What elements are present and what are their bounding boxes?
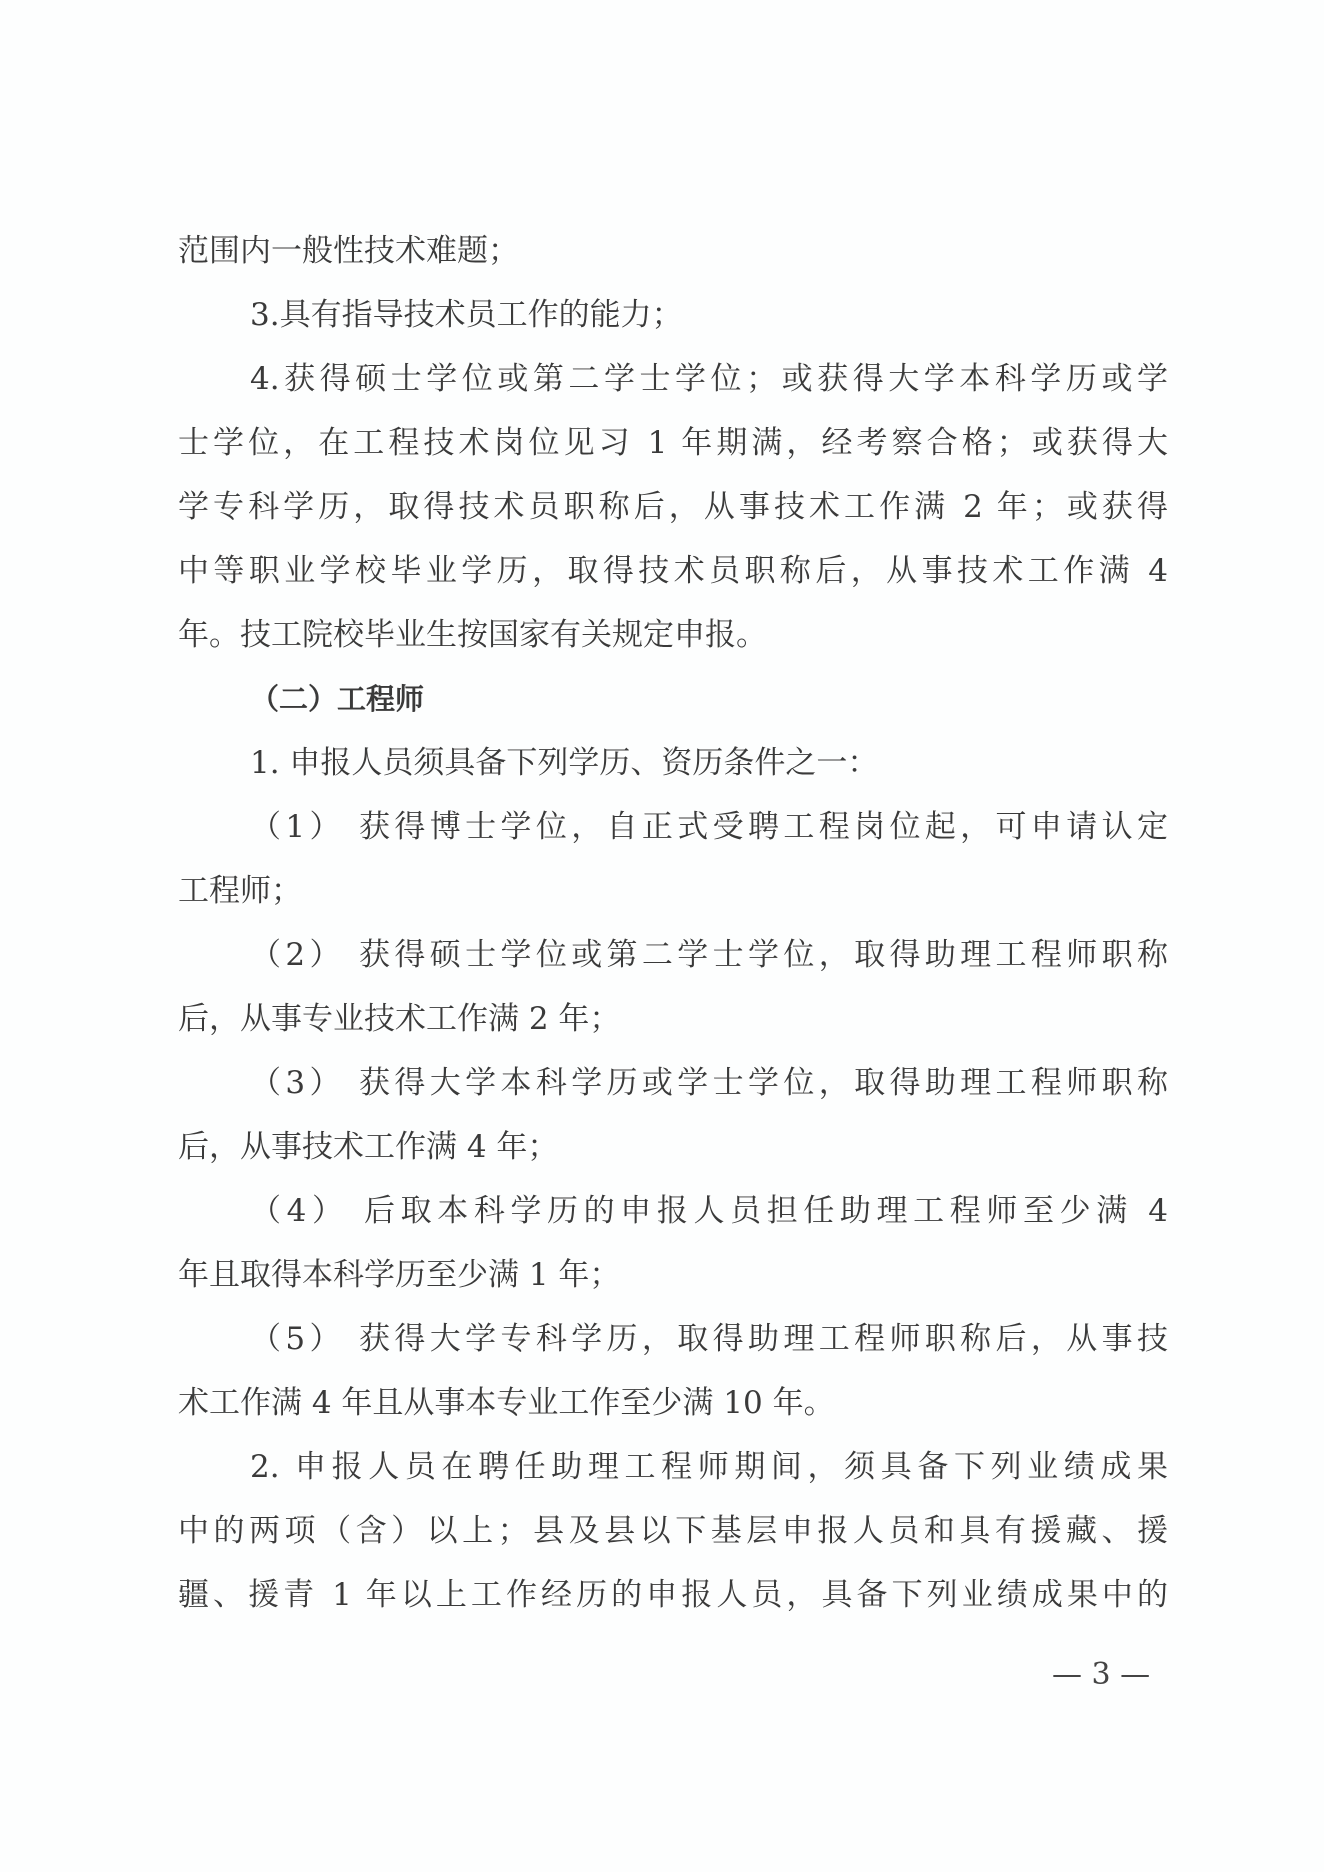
condition-4: （4） 后取本科学历的申报人员担任助理工程师至少满 4 bbox=[250, 1189, 1168, 1233]
list-item-4: 4.获得硕士学位或第二学士学位；或获得大学本科学历或学 bbox=[250, 357, 1168, 401]
document-page: 范围内一般性技术难题； 3.具有指导技术员工作的能力； 4.获得硕士学位或第二学… bbox=[0, 0, 1324, 1872]
condition-3: （3） 获得大学本科学历或学士学位，取得助理工程师职称 bbox=[250, 1061, 1168, 1105]
text-line: 后，从事技术工作满 4 年； bbox=[178, 1125, 1168, 1169]
text-line: 工程师； bbox=[178, 869, 1168, 913]
page-number: — 3 — bbox=[1052, 1655, 1150, 1695]
requirement-1: 1. 申报人员须具备下列学历、资历条件之一： bbox=[250, 741, 1168, 785]
list-item-3: 3.具有指导技术员工作的能力； bbox=[250, 293, 1168, 337]
text-line: 术工作满 4 年且从事本专业工作至少满 10 年。 bbox=[178, 1381, 1168, 1425]
text-line: 中的两项（含）以上；县及县以下基层申报人员和具有援藏、援 bbox=[178, 1509, 1168, 1553]
text-line: 中等职业学校毕业学历，取得技术员职称后，从事技术工作满 4 bbox=[178, 549, 1168, 593]
section-heading-engineer: （二）工程师 bbox=[250, 677, 1168, 721]
text-line: 后，从事专业技术工作满 2 年； bbox=[178, 997, 1168, 1041]
text-line: 士学位，在工程技术岗位见习 1 年期满，经考察合格；或获得大 bbox=[178, 421, 1168, 465]
condition-2: （2） 获得硕士学位或第二学士学位，取得助理工程师职称 bbox=[250, 933, 1168, 977]
requirement-2: 2. 申报人员在聘任助理工程师期间，须具备下列业绩成果 bbox=[250, 1445, 1168, 1489]
text-line: 疆、援青 1 年以上工作经历的申报人员，具备下列业绩成果中的 bbox=[178, 1573, 1168, 1617]
condition-5: （5） 获得大学专科学历，取得助理工程师职称后，从事技 bbox=[250, 1317, 1168, 1361]
condition-1: （1） 获得博士学位，自正式受聘工程岗位起，可申请认定 bbox=[250, 805, 1168, 849]
text-line: 年。技工院校毕业生按国家有关规定申报。 bbox=[178, 613, 1168, 657]
text-line: 学专科学历，取得技术员职称后，从事技术工作满 2 年；或获得 bbox=[178, 485, 1168, 529]
text-line: 范围内一般性技术难题； bbox=[178, 229, 1168, 273]
text-line: 年且取得本科学历至少满 1 年； bbox=[178, 1253, 1168, 1297]
